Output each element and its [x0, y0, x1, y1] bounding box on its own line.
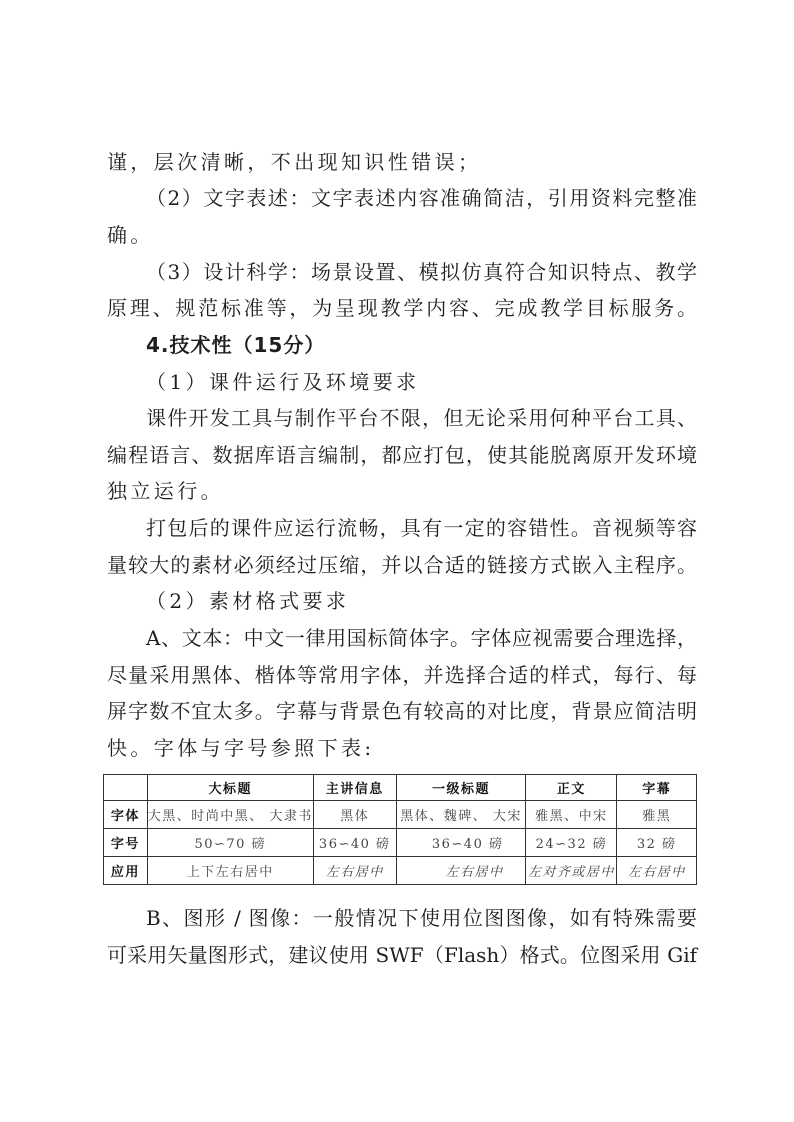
table-cell: 雅黑、中宋	[526, 801, 617, 829]
paragraph-line: （2）文字表述：文字表述内容准确简洁，引用资料完整准	[146, 186, 697, 210]
table-cell: 上下左右居中	[147, 857, 313, 885]
table-cell: 黑体、魏碑、 大宋	[396, 801, 526, 829]
table-row-label: 字号	[104, 829, 148, 857]
paragraph-line: 原理、规范标准等，为呈现教学内容、完成教学目标服务。	[107, 296, 697, 320]
paragraph-line: A、文本：中文一律用国标简体字。字体应视需要合理选择，	[146, 626, 697, 650]
table-row: 字号 50∽70 磅 36∽40 磅 36∽40 磅 24∽32 磅 32 磅	[104, 829, 697, 857]
table-cell: 左右居中	[396, 857, 526, 885]
table-header-cell: 字幕	[617, 775, 697, 801]
paragraph-line: 确。	[107, 223, 697, 247]
document-page: 谨，层次清晰，不出现知识性错误； （2）文字表述：文字表述内容准确简洁，引用资料…	[0, 0, 794, 1122]
paragraph-line: 屏字数不宜太多。字幕与背景色有较高的对比度，背景应简洁明	[107, 699, 697, 723]
paragraph-line: 量较大的素材必须经过压缩，并以合适的链接方式嵌入主程序。	[107, 553, 697, 577]
paragraph-line: 课件开发工具与制作平台不限，但无论采用何种平台工具、	[146, 406, 697, 430]
table-row: 字体 大黑、时尚中黑、 大隶书 黑体 黑体、魏碑、 大宋 雅黑、中宋 雅黑	[104, 801, 697, 829]
table-cell: 32 磅	[617, 829, 697, 857]
table-row-label: 字体	[104, 801, 148, 829]
paragraph-line: 打包后的课件应运行流畅，具有一定的容错性。音视频等容	[146, 516, 697, 540]
table-cell: 雅黑	[617, 801, 697, 829]
table-cell: 50∽70 磅	[147, 829, 313, 857]
subsection-heading: （1）课件运行及环境要求	[146, 370, 697, 394]
paragraph-line: 尽量采用黑体、楷体等常用字体，并选择合适的样式，每行、每	[107, 663, 697, 687]
table-cell: 左右居中	[313, 857, 396, 885]
table-cell: 左右居中	[617, 857, 697, 885]
table-cell: 左对齐或居中	[526, 857, 617, 885]
paragraph-line: 谨，层次清晰，不出现知识性错误；	[107, 150, 697, 174]
section-heading: 4.技术性（15分）	[146, 333, 697, 357]
paragraph-line: 可采用矢量图形式，建议使用 SWF（Flash）格式。位图采用 Gif	[107, 943, 697, 967]
paragraph-line: （3）设计科学：场景设置、模拟仿真符合知识特点、教学	[146, 260, 697, 284]
table-cell: 黑体	[313, 801, 396, 829]
paragraph-line: B、图形 / 图像：一般情况下使用位图图像，如有特殊需要	[146, 906, 697, 930]
table-cell: 36∽40 磅	[396, 829, 526, 857]
paragraph-line: 快。字体与字号参照下表:	[107, 736, 697, 760]
table-cell: 36∽40 磅	[313, 829, 396, 857]
table-row: 应用 上下左右居中 左右居中 左右居中 左对齐或居中 左右居中	[104, 857, 697, 885]
table-header-cell: 一级标题	[396, 775, 526, 801]
font-size-reference-table: 大标题 主讲信息 一级标题 正文 字幕 字体 大黑、时尚中黑、 大隶书 黑体 黑…	[103, 774, 697, 885]
table-header-cell: 大标题	[147, 775, 313, 801]
table-header-cell: 正文	[526, 775, 617, 801]
paragraph-line: 独立运行。	[107, 479, 697, 503]
table-header-cell: 主讲信息	[313, 775, 396, 801]
subsection-heading: （2）素材格式要求	[146, 589, 697, 613]
table-header-row: 大标题 主讲信息 一级标题 正文 字幕	[104, 775, 697, 801]
table-cell: 大黑、时尚中黑、 大隶书	[147, 801, 313, 829]
paragraph-line: 编程语言、数据库语言编制，都应打包，使其能脱离原开发环境	[107, 443, 697, 467]
table-header-cell	[104, 775, 148, 801]
table-row-label: 应用	[104, 857, 148, 885]
table-cell: 24∽32 磅	[526, 829, 617, 857]
